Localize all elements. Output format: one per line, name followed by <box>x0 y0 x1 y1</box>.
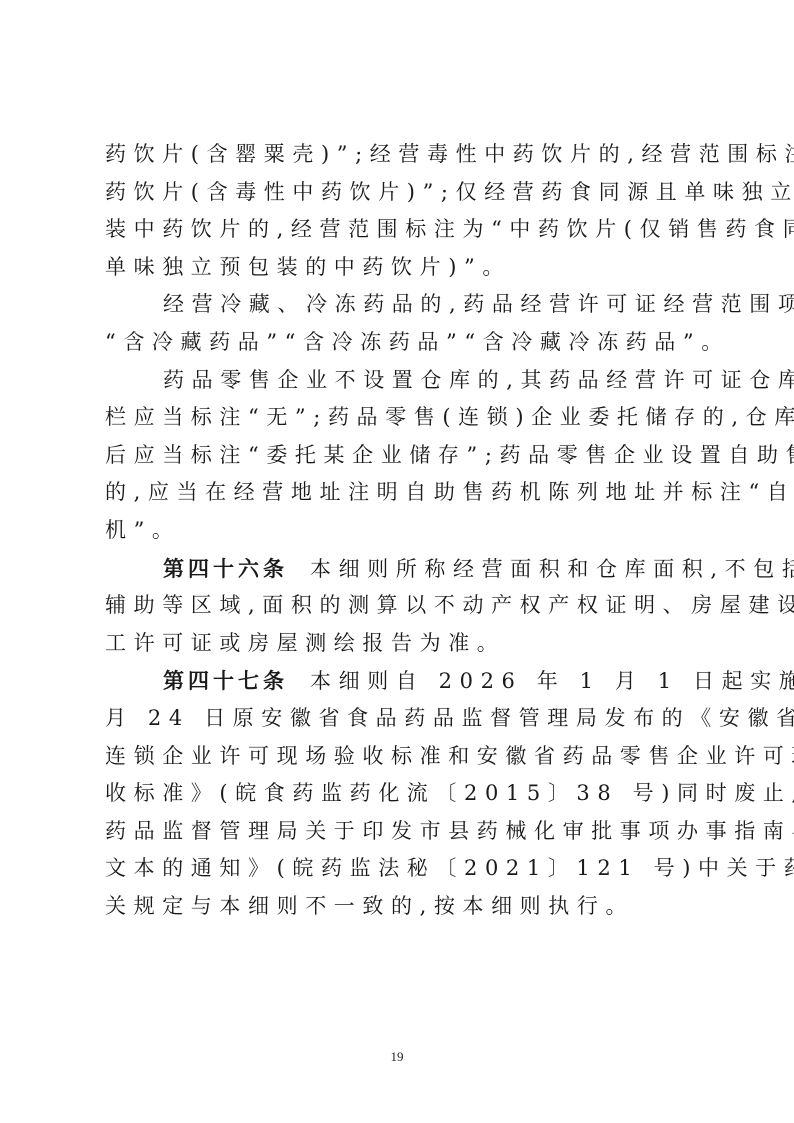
article-text: 本细则自 2026 年 1 月 1 日起实施。2015 年 6 <box>310 669 794 693</box>
text-line: 机”。 <box>105 512 695 550</box>
text-line: 药品零售企业不设置仓库的,其药品经营许可证仓库地址一 <box>105 362 695 400</box>
text-line: 第四十六条本细则所称经营面积和仓库面积,不包括生活 <box>105 550 695 588</box>
text-line: “含冷藏药品”“含冷冻药品”“含冷藏冷冻药品”。 <box>105 324 695 362</box>
document-body: 药饮片(含罂粟壳)”;经营毒性中药饮片的,经营范围标注为“中 药饮片(含毒性中药… <box>105 136 695 925</box>
text-line: 连锁企业许可现场验收标准和安徽省药品零售企业许可现场验 <box>105 738 695 776</box>
text-line: 月 24 日原安徽省食品药品监督管理局发布的《安徽省药品零售 <box>105 700 695 738</box>
article-heading: 第四十六条 <box>163 556 288 581</box>
text-line: 栏应当标注“无”;药品零售(连锁)企业委托储存的,仓库地址 <box>105 399 695 437</box>
text-line: 后应当标注“委托某企业储存”;药品零售企业设置自助售药机 <box>105 437 695 475</box>
text-line: 装中药饮片的,经营范围标注为“中药饮片(仅销售药食同源且 <box>105 211 695 249</box>
document-page: 药饮片(含罂粟壳)”;经营毒性中药饮片的,经营范围标注为“中 药饮片(含毒性中药… <box>0 0 794 1123</box>
text-line: 药饮片(含罂粟壳)”;经营毒性中药饮片的,经营范围标注为“中 <box>105 136 695 174</box>
page-number: 19 <box>0 1049 794 1065</box>
text-line: 单味独立预包装的中药饮片)”。 <box>105 249 695 287</box>
text-line: 关规定与本细则不一致的,按本细则执行。 <box>105 888 695 926</box>
article-text: 本细则所称经营面积和仓库面积,不包括生活 <box>310 557 794 581</box>
text-line: 收标准》(皖食药监药化流〔2015〕38 号)同时废止,《安徽省 <box>105 775 695 813</box>
text-line: 辅助等区域,面积的测算以不动产权产权证明、房屋建设工程施 <box>105 587 695 625</box>
text-line: 工许可证或房屋测绘报告为准。 <box>105 625 695 663</box>
article-heading: 第四十七条 <box>163 668 288 693</box>
paragraph-warehouse: 药品零售企业不设置仓库的,其药品经营许可证仓库地址一 栏应当标注“无”;药品零售… <box>105 362 695 550</box>
article-47: 第四十七条本细则自 2026 年 1 月 1 日起实施。2015 年 6 月 2… <box>105 662 695 925</box>
text-line: 的,应当在经营地址注明自助售药机陈列地址并标注“自助售药 <box>105 474 695 512</box>
paragraph-cold-chain: 经营冷藏、冷冻药品的,药品经营许可证经营范围项下标注 “含冷藏药品”“含冷冻药品… <box>105 286 695 361</box>
article-46: 第四十六条本细则所称经营面积和仓库面积,不包括生活 辅助等区域,面积的测算以不动… <box>105 550 695 663</box>
text-line: 文本的通知》(皖药监法秘〔2021〕121 号)中关于药品零售有 <box>105 850 695 888</box>
text-line: 第四十七条本细则自 2026 年 1 月 1 日起实施。2015 年 6 <box>105 662 695 700</box>
text-line: 经营冷藏、冷冻药品的,药品经营许可证经营范围项下标注 <box>105 286 695 324</box>
text-line: 药品监督管理局关于印发市县药械化审批事项办事指南与告知 <box>105 813 695 851</box>
text-line: 药饮片(含毒性中药饮片)”;仅经营药食同源且单味独立预包 <box>105 174 695 212</box>
paragraph-herbal-scope: 药饮片(含罂粟壳)”;经营毒性中药饮片的,经营范围标注为“中 药饮片(含毒性中药… <box>105 136 695 286</box>
